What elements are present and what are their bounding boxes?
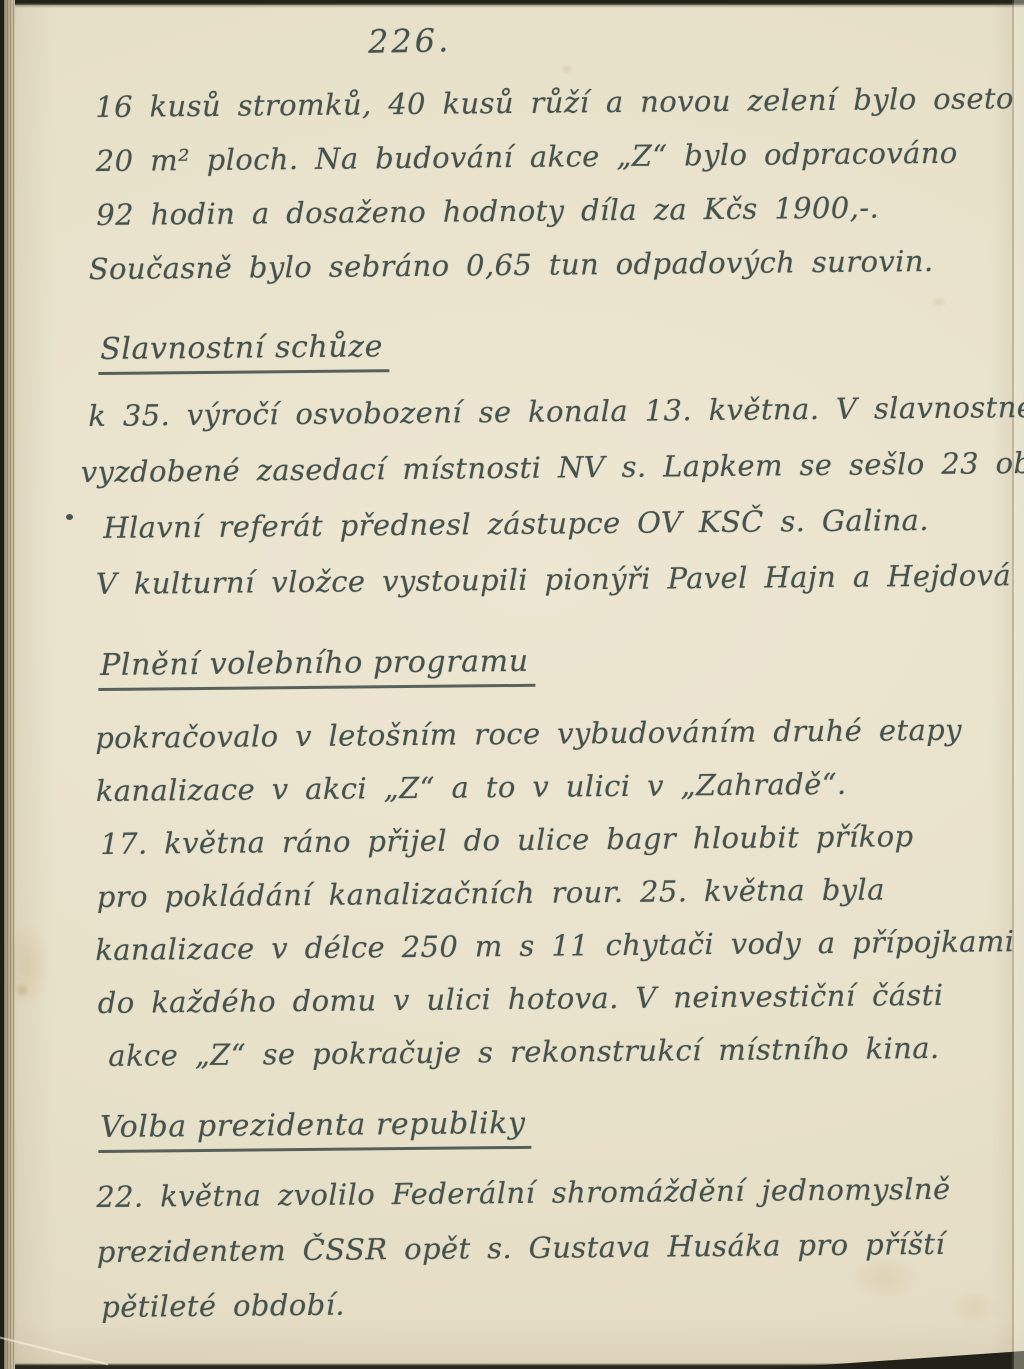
- page-number: 226.: [368, 21, 452, 60]
- section-heading-slavnostni-schuze: Slavnostní schůze: [98, 329, 389, 375]
- text-line: 22. května zvolilo Federální shromáždění…: [96, 1162, 951, 1225]
- text-line: pětileté období.: [101, 1272, 952, 1335]
- text-line: vyzdobené zasedací místnosti NV s. Lapke…: [81, 434, 1024, 500]
- text-line: pokračovalo v letošním roce vybudováním …: [95, 703, 1013, 765]
- text-line: prezidentem ČSSR opět s. Gustava Husáka …: [97, 1217, 952, 1280]
- text-line: 17. května ráno přijel do ulice bagr hlo…: [100, 809, 1014, 871]
- section-plneni-volebniho-programu: pokračovalo v letošním roce vybudováním …: [95, 703, 1016, 1083]
- scanned-chronicle-page: 226. 16 kusů stromků, 40 kusů růží a nov…: [0, 0, 1024, 1369]
- text-line: akce „Z“ se pokračuje s rekonstrukcí mís…: [108, 1021, 1016, 1083]
- section-volba-prezidenta-republiky: 22. května zvolilo Federální shromáždění…: [96, 1162, 952, 1335]
- text-line: kanalizace v délce 250 m s 11 chytači vo…: [95, 915, 1015, 977]
- text-line: Hlavní referát přednesl zástupce OV KSČ …: [103, 490, 1024, 556]
- text-line: kanalizace v akci „Z“ a to v ulici v „Za…: [96, 756, 1014, 818]
- intro-paragraph: 16 kusů stromků, 40 kusů růží a novou ze…: [95, 71, 1016, 296]
- paper-stain: [930, 296, 948, 308]
- text-line: k 35. výročí osvobození se konala 13. kv…: [88, 378, 1024, 444]
- heading-text: Slavnostní schůze: [98, 329, 389, 375]
- margin-ink-dot: [66, 514, 73, 520]
- text-line: 92 hodin a dosaženo hodnoty díla za Kčs …: [96, 179, 1015, 242]
- heading-text: Plnění volebního programu: [98, 644, 535, 691]
- section-heading-plneni-volebniho-programu: Plnění volebního programu: [98, 644, 535, 691]
- scan-top-edge-shadow: [0, 5, 1024, 8]
- text-line: V kulturní vložce vystoupili pionýři Pav…: [96, 546, 1024, 612]
- heading-text: Volba prezidenta republiky: [98, 1106, 532, 1153]
- section-slavnostni-schuze: k 35. výročí osvobození se konala 13. kv…: [88, 378, 1024, 612]
- page-right-edge-highlight: [1014, 0, 1024, 1369]
- section-heading-volba-prezidenta-republiky: Volba prezidenta republiky: [98, 1106, 532, 1153]
- text-line: 20 m² ploch. Na budování akce „Z“ bylo o…: [96, 125, 1015, 188]
- paper-stain: [950, 1290, 1000, 1326]
- page-stack-edge: [4, 0, 15, 1369]
- paper-stain: [14, 982, 30, 998]
- scan-bottom-right-corner: [764, 1351, 1024, 1369]
- text-line: pro pokládání kanalizačních rour. 25. kv…: [97, 862, 1015, 924]
- text-line: do každého domu v ulici hotova. V neinve…: [98, 968, 1016, 1030]
- page-bottom-left-crease: [0, 1335, 108, 1366]
- paper-stain: [560, 64, 574, 74]
- text-line: Současně bylo sebráno 0,65 tun odpadovýc…: [89, 233, 1016, 296]
- text-line: 16 kusů stromků, 40 kusů růží a novou ze…: [95, 71, 1014, 134]
